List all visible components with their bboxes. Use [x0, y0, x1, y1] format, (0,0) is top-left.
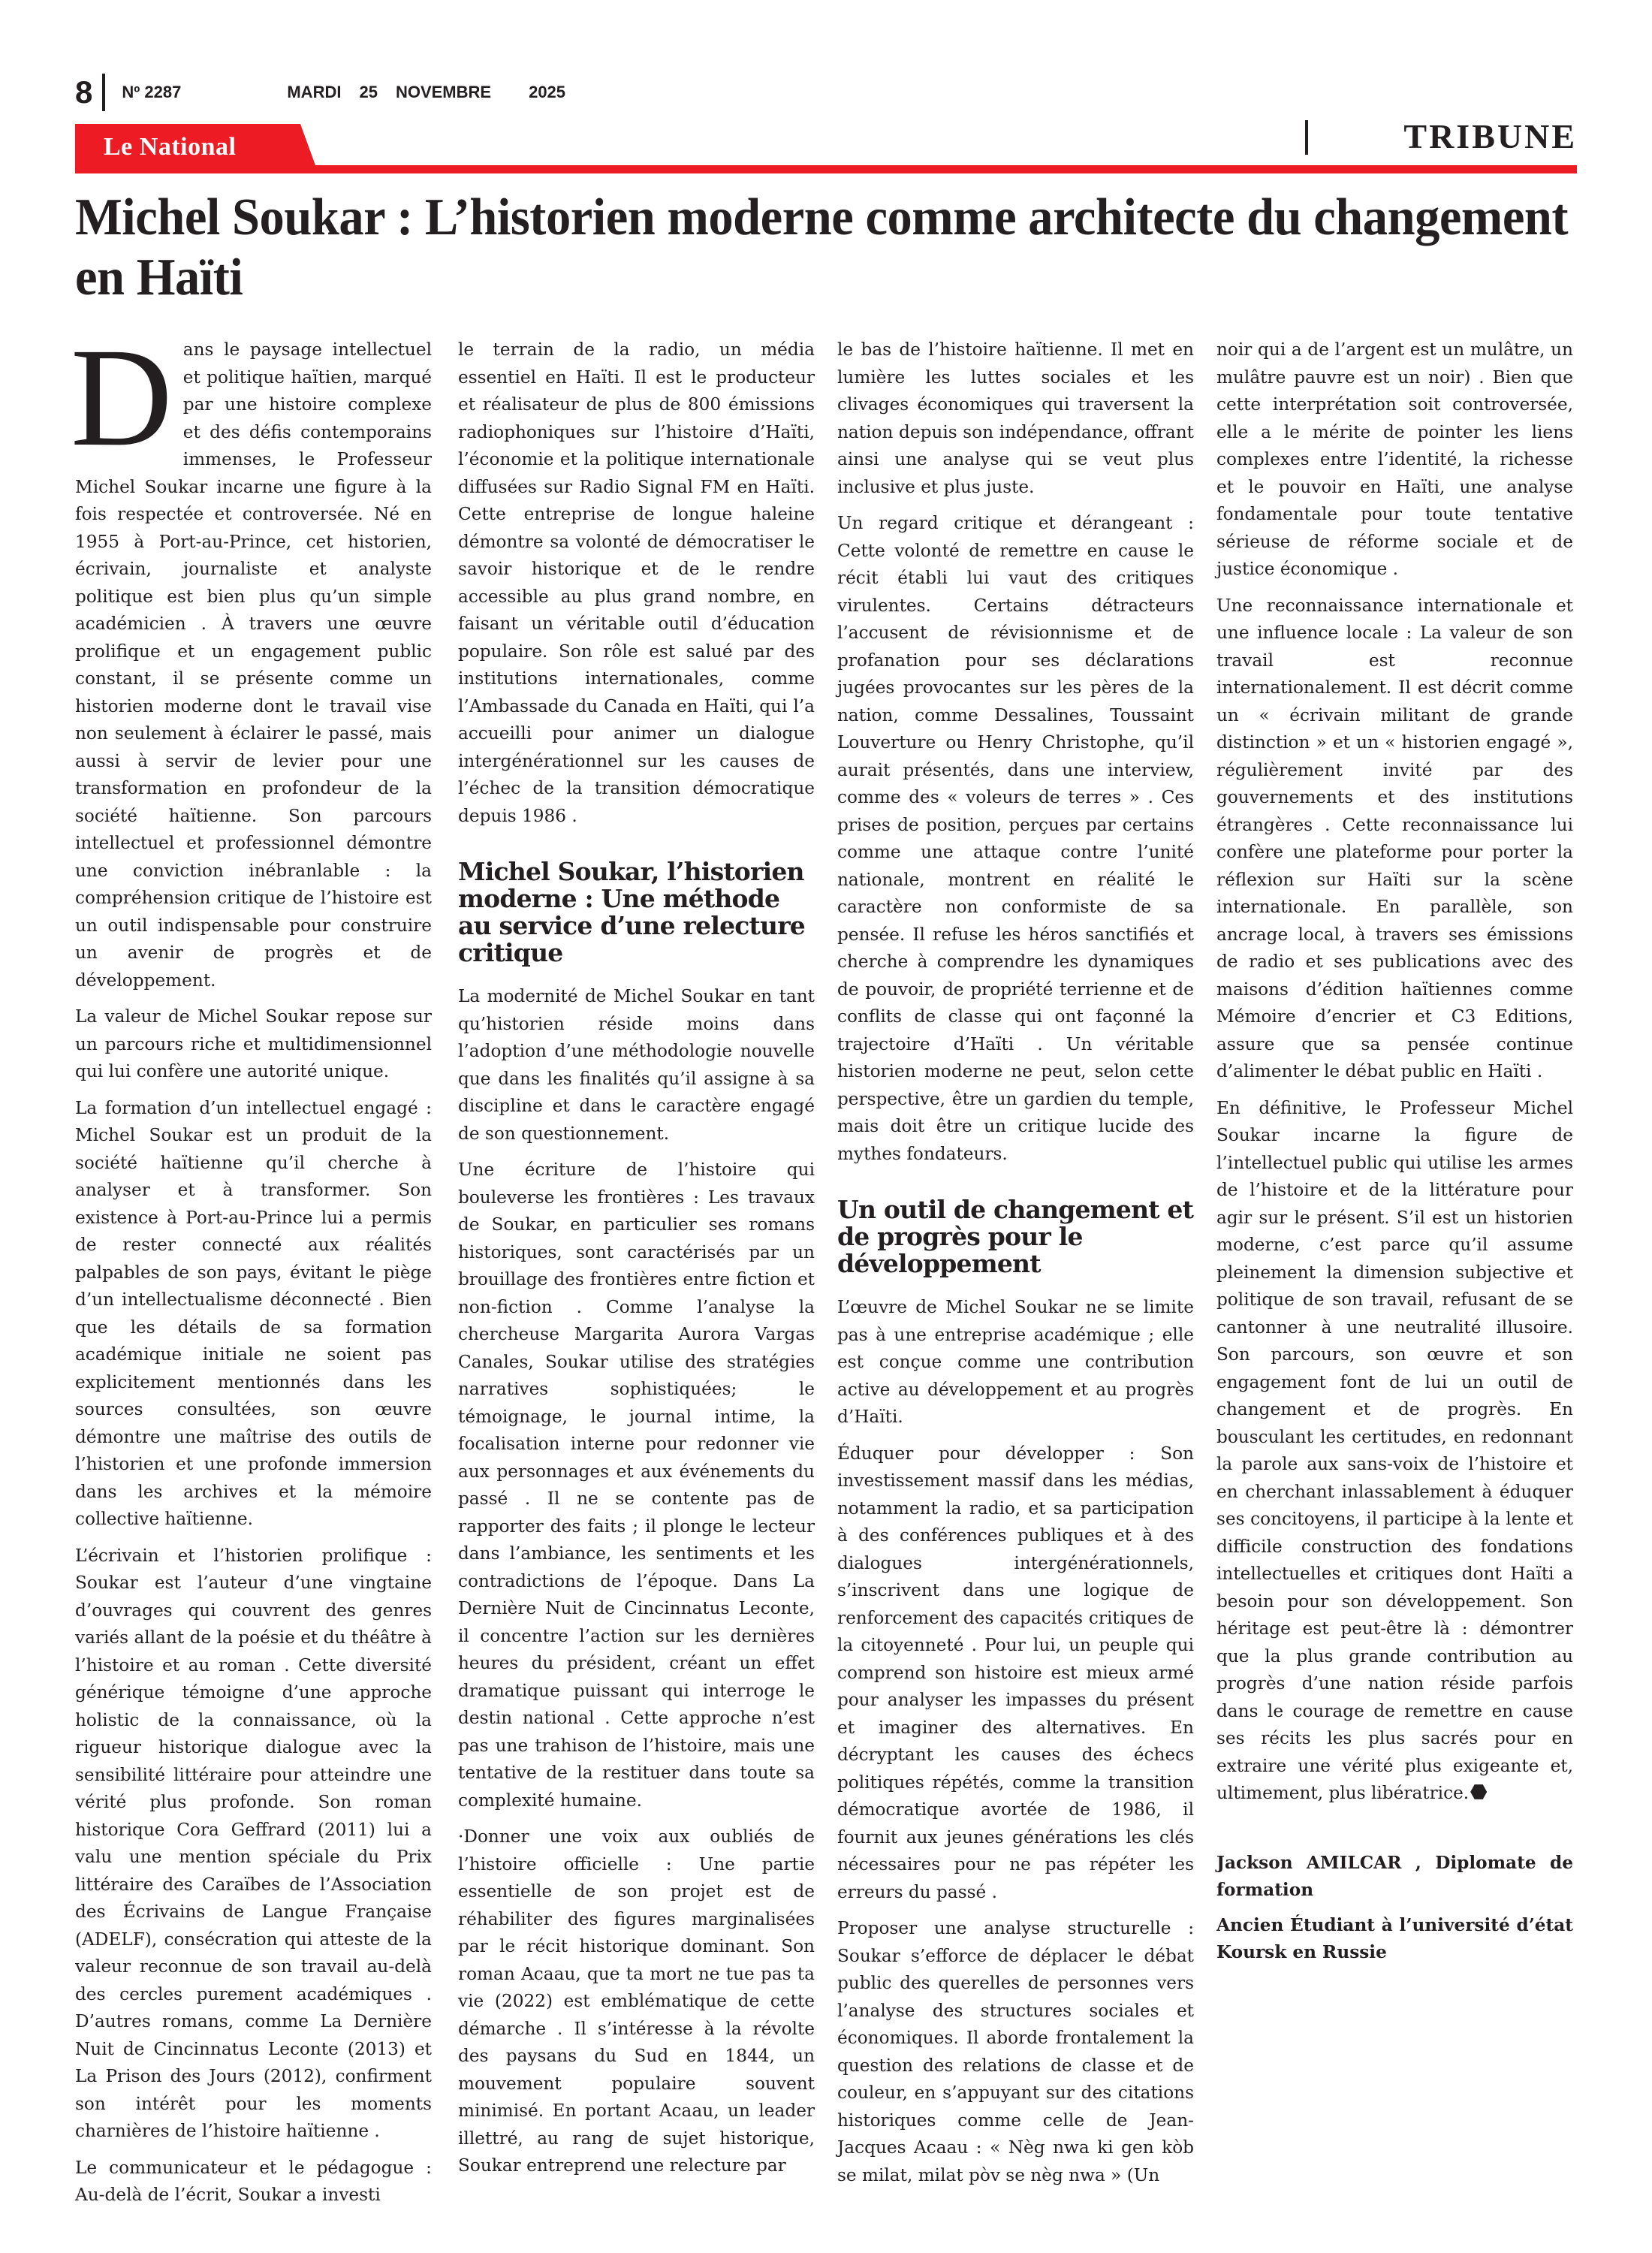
end-of-article-hexagon-icon [1470, 1784, 1487, 1800]
date-weekday: MARDI [287, 83, 341, 102]
brand-tab: Le National [75, 124, 315, 165]
date-year: 2025 [529, 83, 565, 102]
subheading-methode: Michel Soukar, l’historien moderne : Une… [458, 858, 815, 967]
paragraph: Proposer une analyse structurelle : Souk… [837, 1915, 1194, 2189]
date-day: 25 [359, 83, 377, 102]
paragraph: L’œuvre de Michel Soukar ne se limite pa… [837, 1294, 1194, 1431]
paragraph: le bas de l’histoire haïtienne. Il met e… [837, 336, 1194, 501]
newspaper-page: 8 Nº 2287 MARDI 25 NOVEMBRE 2025 Le Nati… [75, 0, 1577, 2253]
paragraph: Le communicateur et le pédagogue : Au-de… [75, 2155, 432, 2209]
paragraph: Un regard critique et dérangeant : Cette… [837, 510, 1194, 1168]
folio-line: 8 Nº 2287 MARDI 25 NOVEMBRE 2025 [75, 74, 565, 111]
drop-cap: D [71, 341, 173, 454]
article-column-1: Dans le paysage intellectuel et politiqu… [75, 336, 432, 2218]
publication-date: MARDI 25 NOVEMBRE 2025 [287, 83, 565, 102]
article-column-4: noir qui a de l’argent est un mulâtre, u… [1216, 336, 1573, 1974]
author-name: Jackson AMILCAR , Diplomate de formation [1216, 1850, 1573, 1905]
paragraph: Une reconnaissance internationale et une… [1216, 593, 1573, 1086]
paragraph: le terrain de la radio, un média essenti… [458, 336, 815, 830]
paragraph-intro: Dans le paysage intellectuel et politiqu… [75, 336, 432, 994]
date-month: NOVEMBRE [396, 83, 491, 102]
brand-logo: Le National [104, 133, 236, 161]
header-rule [75, 165, 1577, 173]
paragraph: noir qui a de l’argent est un mulâtre, u… [1216, 336, 1573, 584]
subheading-outil-changement: Un outil de changement et de progrès pou… [837, 1196, 1194, 1277]
author-credentials: Ancien Étudiant à l’université d’état Ko… [1216, 1912, 1573, 1967]
paragraph: La formation d’un intellectuel engagé : … [75, 1095, 432, 1534]
paragraph: Éduquer pour développer : Son investisse… [837, 1440, 1194, 1907]
conclusion-text: En définitive, le Professeur Michel Souk… [1216, 1098, 1573, 1804]
section-label: TRIBUNE [1403, 116, 1577, 156]
section-divider [1305, 120, 1308, 155]
paragraph: La modernité de Michel Soukar en tant qu… [458, 983, 815, 1148]
paragraph: La valeur de Michel Soukar repose sur un… [75, 1003, 432, 1086]
page-number: 8 [75, 77, 92, 108]
author-signature: Jackson AMILCAR , Diplomate de formation… [1216, 1850, 1573, 1967]
article-column-2: le terrain de la radio, un média essenti… [458, 336, 815, 2189]
article-headline: Michel Soukar : L’historien moderne comm… [75, 188, 1573, 308]
issue-number: Nº 2287 [122, 83, 287, 102]
article-column-3: le bas de l’histoire haïtienne. Il met e… [837, 336, 1194, 2198]
paragraph: Une écriture de l’histoire qui boulevers… [458, 1157, 815, 1814]
paragraph-conclusion: En définitive, le Professeur Michel Souk… [1216, 1095, 1573, 1808]
folio-divider [102, 74, 105, 111]
paragraph: ·Donner une voix aux oubliés de l’histoi… [458, 1823, 815, 2180]
paragraph: L’écrivain et l’historien prolifique : S… [75, 1543, 432, 2146]
